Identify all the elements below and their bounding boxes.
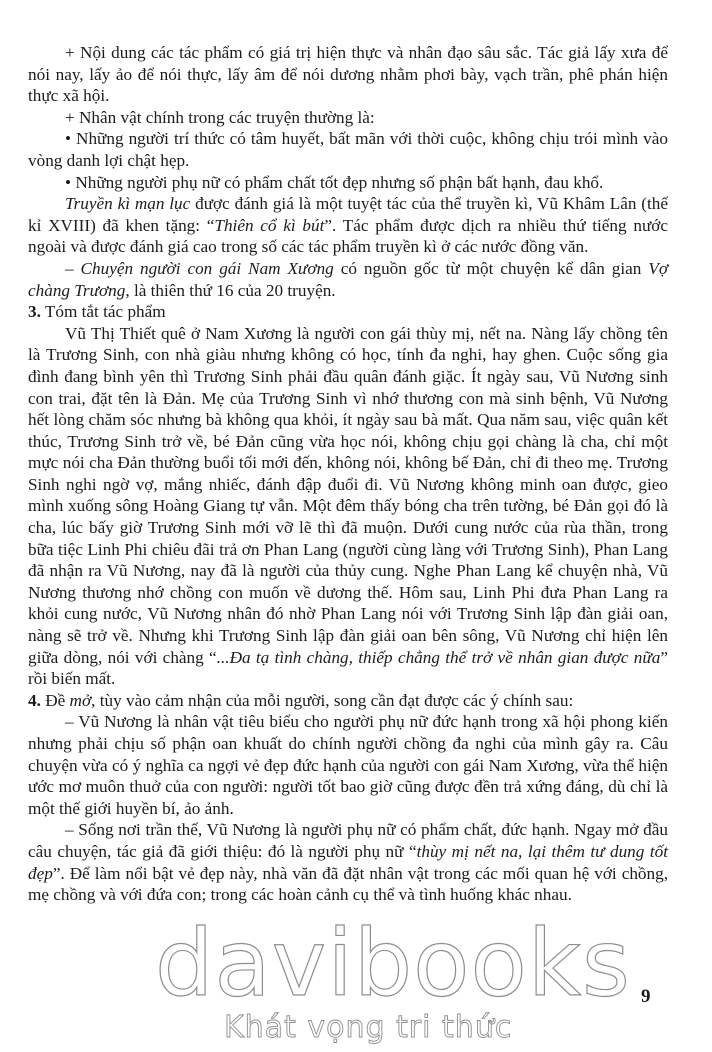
text-segment: Đề xyxy=(41,691,70,710)
bullet-intellectuals: • Những người trí thức có tâm huyết, bất… xyxy=(28,128,668,171)
text-segment: , tùy vào cảm nhận của mỗi người, song c… xyxy=(91,691,573,710)
dash: – xyxy=(65,259,81,278)
paragraph-main-characters: + Nhân vật chính trong các truyện thường… xyxy=(28,107,668,129)
paragraph-summary: Vũ Thị Thiết quê ở Nam Xương là người co… xyxy=(28,323,668,690)
book-title: Truyền kì mạn lục xyxy=(65,194,190,213)
section-heading-3: 3. Tóm tắt tác phẩm xyxy=(28,301,668,323)
section-title: Tóm tắt tác phẩm xyxy=(41,302,166,321)
quote-italic: Thiên cổ kì bút xyxy=(214,216,324,235)
section-number: 3. xyxy=(28,302,41,321)
document-page-body: + Nội dung các tác phẩm có giá trị hiện … xyxy=(28,42,668,906)
paragraph-truyen-ki-man-luc: Truyền kì mạn lục được đánh giá là một t… xyxy=(28,193,668,258)
text-segment: Vũ Thị Thiết quê ở Nam Xương là người co… xyxy=(28,324,668,667)
bullet-women: • Những người phụ nữ có phẩm chất tốt đẹ… xyxy=(28,172,668,194)
paragraph-vu-nuong-typical: – Vũ Nương là nhân vật tiêu biểu cho ngư… xyxy=(28,711,668,819)
text-segment: có nguồn gốc từ một chuyện kể dân gian xyxy=(334,259,649,278)
quote-italic: ...Đa tạ tình chàng, thiếp chẳng thể trở… xyxy=(217,648,661,667)
text-segment: , là thiên thứ 16 của 20 truyện. xyxy=(125,281,335,300)
page-number: 9 xyxy=(641,986,651,1008)
paragraph-content-value: + Nội dung các tác phẩm có giá trị hiện … xyxy=(28,42,668,107)
section-number: 4. xyxy=(28,691,41,710)
section-heading-4: 4. Đề mở, tùy vào cảm nhận của mỗi người… xyxy=(28,690,668,712)
story-title: Chuyện người con gái Nam Xương xyxy=(81,259,334,278)
watermark-brand: davibooks xyxy=(155,918,631,1010)
paragraph-vu-nuong-virtue: – Sống nơi trần thế, Vũ Nương là người p… xyxy=(28,819,668,905)
watermark-tagline: Khát vọng tri thức xyxy=(224,1012,512,1044)
italic-word: mở xyxy=(70,691,92,710)
paragraph-origin: – Chuyện người con gái Nam Xương có nguồ… xyxy=(28,258,668,301)
text-segment: ”. Để làm nổi bật vẻ đẹp này, nhà văn đã… xyxy=(28,864,668,905)
